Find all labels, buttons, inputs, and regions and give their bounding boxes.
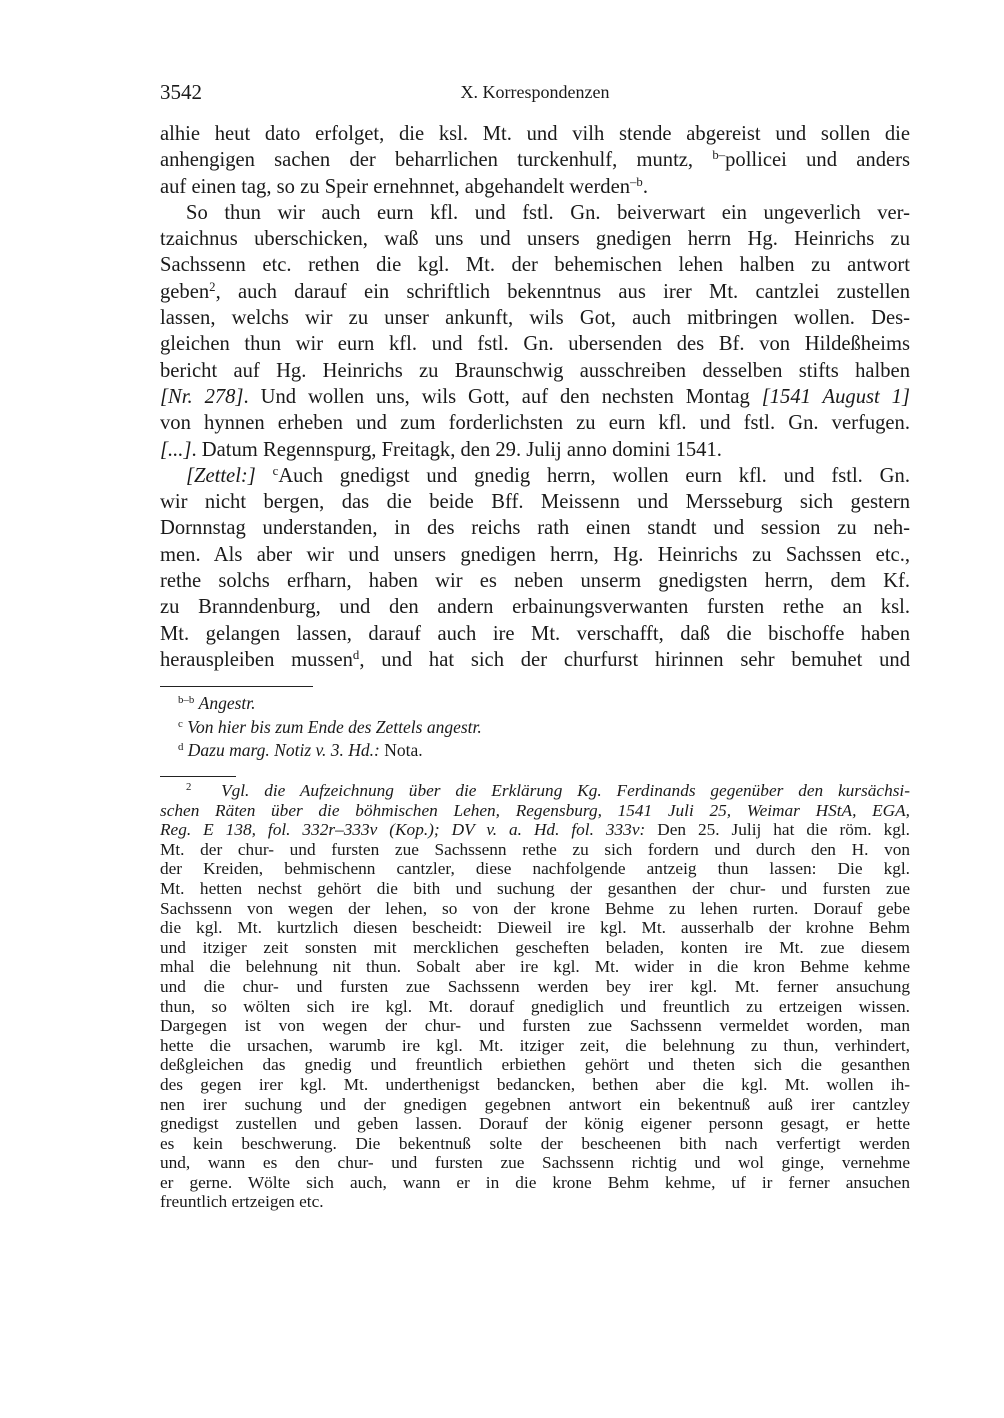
text-line: bericht auf Hg. Heinrichs zu Braunschwig…: [160, 358, 910, 384]
footnote-line: der Kreiden, behmischenn cantzler, diese…: [160, 859, 910, 879]
footnote-divider: [160, 776, 236, 777]
editorial-reference: [Nr. 278]: [160, 386, 244, 408]
footnote-line: Mt. hetten nechst gehört die bith und su…: [160, 879, 910, 899]
main-text: alhie heut dato erfolget, die ksl. Mt. u…: [160, 121, 910, 673]
footnote-line: er gerne. Wölte sich auch, wann er in di…: [160, 1173, 910, 1193]
text-line: tzaichnus uberschicken, waß uns und unse…: [160, 226, 910, 252]
text-line: anhengigen sachen der beharrlichen turck…: [160, 147, 910, 173]
text-line: gleichen thun wir eurn kfl. und fstl. Gn…: [160, 331, 910, 357]
page-header: 3542 X. Korrespondenzen: [160, 80, 910, 106]
text-line: lassen, welchs wir zu unser ankunft, wil…: [160, 305, 910, 331]
text-line: herauspleiben mussend, und hat sich der …: [160, 647, 910, 673]
footnote-line: 2 Vgl. die Aufzeichnung über die Erkläru…: [160, 781, 910, 801]
footnote-2: 2 Vgl. die Aufzeichnung über die Erkläru…: [160, 781, 910, 1212]
text-line: Mt. gelangen lassen, darauf auch ire Mt.…: [160, 621, 910, 647]
footnote-line: Mt. der chur- und fursten zue Sachssenn …: [160, 840, 910, 860]
editorial-omission: [...]: [160, 439, 191, 461]
text-line: wir nicht bergen, das die beide Bff. Mei…: [160, 489, 910, 515]
running-title: X. Korrespondenzen: [160, 82, 910, 103]
footnote-line: hette die ursachen, warumb ire kgl. Mt. …: [160, 1036, 910, 1056]
footnote-line: Reg. E 138, fol. 332r–333v (Kop.); DV v.…: [160, 820, 910, 840]
footnote-marker: b–: [712, 148, 725, 162]
text-line: Dornnstag understanden, in des reichs ra…: [160, 515, 910, 541]
footnote-line: Sachssenn von wegen der lehen, so von de…: [160, 899, 910, 919]
textual-apparatus: b–b Angestr. c Von hier bis zum Ende des…: [178, 692, 878, 763]
text-line: von hynnen erheben und zum forderlichste…: [160, 410, 910, 436]
editorial-date: [1541 August 1]: [762, 386, 910, 408]
footnote-line: und itziger zeit sonsten mit mercklichen…: [160, 938, 910, 958]
text-line: [Zettel:] cAuch gnedigst und gnedig herr…: [160, 463, 910, 489]
footnote-line: mhal die belehnung nit thun. Sobalt aber…: [160, 957, 910, 977]
editorial-label: [Zettel:]: [186, 465, 256, 487]
footnote-line: und, wann es den chur- und fursten zue S…: [160, 1153, 910, 1173]
footnote-line: Dargegen ist von wegen der chur- und fur…: [160, 1016, 910, 1036]
footnote-line: gnedigst zustellen und geben lassen. Dor…: [160, 1114, 910, 1134]
apparatus-note: d Dazu marg. Notiz v. 3. Hd.: Nota.: [178, 739, 878, 763]
apparatus-note: c Von hier bis zum Ende des Zettels ange…: [178, 716, 878, 740]
text-line: [Nr. 278]. Und wollen uns, wils Gott, au…: [160, 384, 910, 410]
text-line: alhie heut dato erfolget, die ksl. Mt. u…: [160, 121, 910, 147]
footnote-line: schen Räten über die böhmischen Lehen, R…: [160, 801, 910, 821]
text-line: auf einen tag, so zu Speir ernehnnet, ab…: [160, 174, 910, 200]
footnote-marker: –b: [630, 175, 643, 189]
footnote-line: und die chur- und fursten zue Sachssenn …: [160, 977, 910, 997]
text-line: rethe solchs erfharn, haben wir es neben…: [160, 568, 910, 594]
footnote-divider: [160, 686, 313, 687]
text-line: men. Als aber wir und unsers gnedigen he…: [160, 542, 910, 568]
text-line: geben2, auch darauf ein schriftlich beke…: [160, 279, 910, 305]
footnote-line: nen irer suchung und der gnedigen gegebn…: [160, 1095, 910, 1115]
footnote-line: des gegen irer kgl. Mt. underthenigst be…: [160, 1075, 910, 1095]
footnote-line: es kein beschwerung. Die bekentnuß solte…: [160, 1134, 910, 1154]
apparatus-note: b–b Angestr.: [178, 692, 878, 716]
text-line: Sachssenn etc. rethen die kgl. Mt. der b…: [160, 252, 910, 278]
footnote-line: freuntlich ertzeigen etc.: [160, 1192, 910, 1212]
text-line: zu Branndenburg, und den andern erbainun…: [160, 594, 910, 620]
footnote-line: deßgleichen das gnedig und freuntlich er…: [160, 1055, 910, 1075]
text-line: [...]. Datum Regennspurg, Freitagk, den …: [160, 437, 910, 463]
footnote-number: 2: [186, 781, 191, 793]
footnote-line: die kgl. Mt. kurtzlich diesen bescheidt:…: [160, 918, 910, 938]
footnote-line: thun, so wölten sich ire kgl. Mt. dorauf…: [160, 997, 910, 1017]
text-line: So thun wir auch eurn kfl. und fstl. Gn.…: [160, 200, 910, 226]
